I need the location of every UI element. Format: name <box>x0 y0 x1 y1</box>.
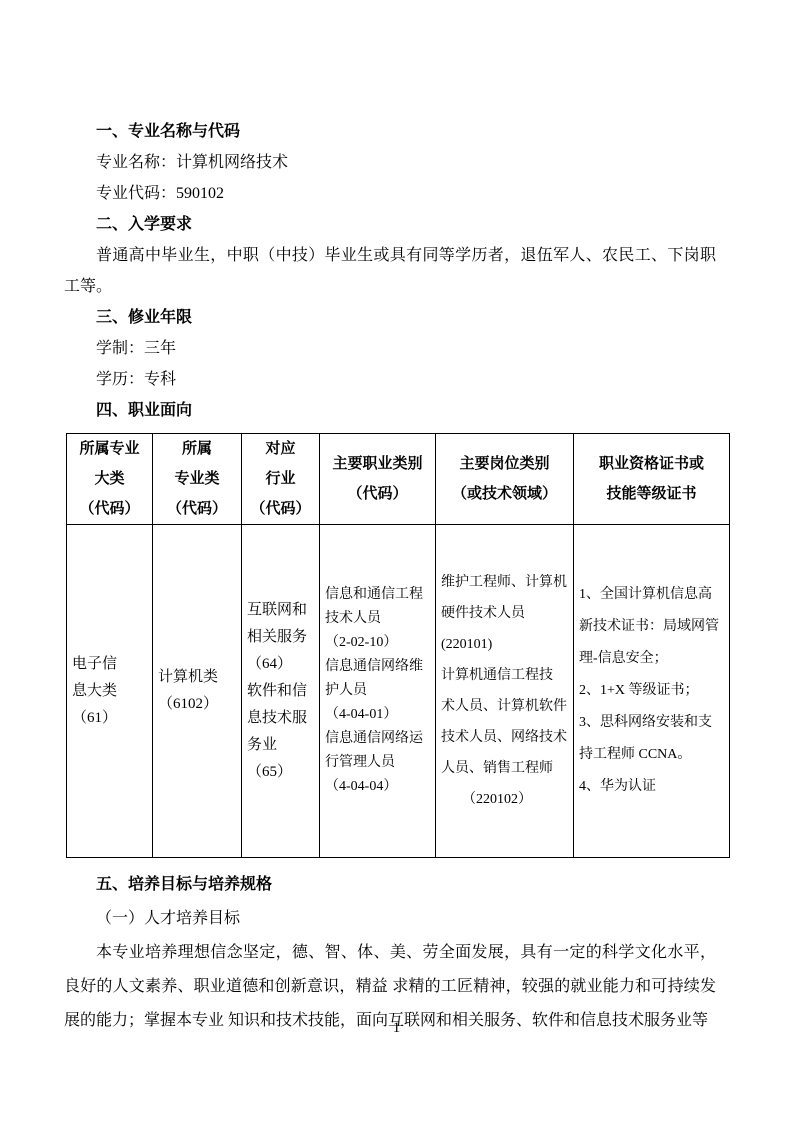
section-1-heading: 一、专业名称与代码 <box>64 116 724 147</box>
major-code-line: 专业代码：590102 <box>64 178 724 209</box>
schooling-length-line: 学制：三年 <box>64 333 724 364</box>
header-cell-occupation-category: 主要职业类别 （代码） <box>320 434 436 525</box>
cell-industry: 互联网和 相关服务 （64） 软件和信 息技术服 务业 （65） <box>242 525 320 858</box>
major-name-line: 专业名称：计算机网络技术 <box>64 147 724 178</box>
table-data-row: 电子信 息大类 （61） 计算机类 （6102） 互联网和 相关服务 （64） … <box>67 525 730 858</box>
cell-post-category: 维护工程师、计算机 硬件技术人员 (220101) 计算机通信工程技 术人员、计… <box>436 525 574 858</box>
cell-certificates: 1、全国计算机信息高 新技术证书：局域网管 理-信息安全； 2、1+X 等级证书… <box>574 525 730 858</box>
section-5: 五、培养目标与培养规格 （一）人才培养目标 本专业培养理想信念坚定，德、智、体、… <box>64 868 724 1038</box>
header-cell-major-category: 所属专业 大类 （代码） <box>67 434 153 525</box>
header-cell-certificates: 职业资格证书或 技能等级证书 <box>574 434 730 525</box>
section-5-subheading: （一）人才培养目标 <box>64 902 724 936</box>
degree-level-line: 学历：专科 <box>64 364 724 395</box>
cell-occupation-category: 信息和通信工程 技术人员 （2-02-10） 信息通信网络维 护人员 （4-04… <box>320 525 436 858</box>
header-cell-industry: 对应 行业 （代码） <box>242 434 320 525</box>
header-cell-post-category: 主要岗位类别 （或技术领域） <box>436 434 574 525</box>
cell-major-class: 计算机类 （6102） <box>153 525 242 858</box>
career-orientation-table: 所属专业 大类 （代码） 所属 专业类 （代码） 对应 行业 （代码） 主要职业… <box>66 433 730 858</box>
document-content: 一、专业名称与代码 专业名称：计算机网络技术 专业代码：590102 二、入学要… <box>64 116 724 1038</box>
document-page: 一、专业名称与代码 专业名称：计算机网络技术 专业代码：590102 二、入学要… <box>0 0 793 1122</box>
section-2-heading: 二、入学要求 <box>64 209 724 240</box>
section-3-heading: 三、修业年限 <box>64 302 724 333</box>
section-5-heading: 五、培养目标与培养规格 <box>64 868 724 902</box>
page-number: 1 <box>0 1018 793 1038</box>
header-cell-major-class: 所属 专业类 （代码） <box>153 434 242 525</box>
admission-requirements-paragraph: 普通高中毕业生，中职（中技）毕业生或具有同等学历者，退伍军人、农民工、下岗职工等… <box>64 240 716 302</box>
section-4-heading: 四、职业面向 <box>64 395 724 426</box>
cell-major-category: 电子信 息大类 （61） <box>67 525 153 858</box>
table-header-row: 所属专业 大类 （代码） 所属 专业类 （代码） 对应 行业 （代码） 主要职业… <box>67 434 730 525</box>
